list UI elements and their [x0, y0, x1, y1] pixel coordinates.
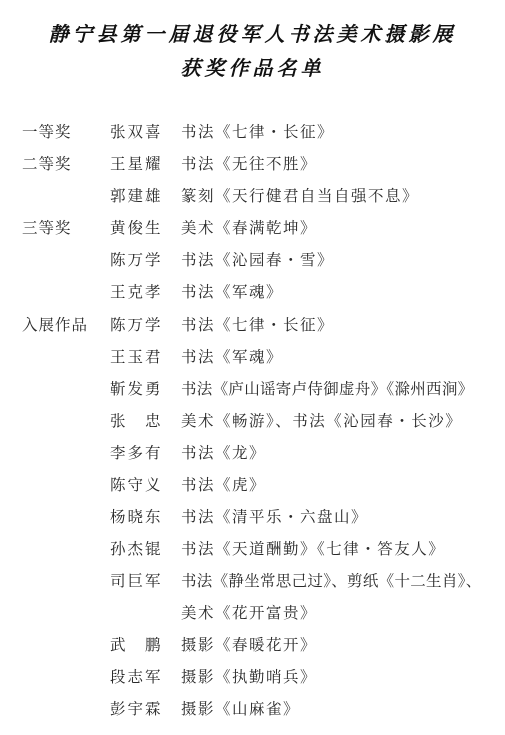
list-item: 司巨军 书法《静坐常思己过》、剪纸《十二生肖》、	[0, 565, 505, 597]
list-item: 二等奖 王星耀 书法《无往不胜》	[0, 148, 505, 180]
work-title: 书法《七律・长征》	[181, 116, 334, 148]
winner-name: 张双喜	[110, 116, 163, 148]
winner-name: 段志军	[110, 661, 163, 693]
work-title: 摄影《山麻雀》	[181, 693, 300, 725]
winner-name: 杨晓东	[110, 501, 163, 533]
list-item: 陈守义 书法《虎》	[0, 469, 505, 501]
winner-name: 陈万学	[110, 309, 163, 341]
list-item: 段志军 摄影《执勤哨兵》	[0, 661, 505, 693]
list-item: 彭宇霖 摄影《山麻雀》	[0, 693, 505, 725]
winner-name: 郭建雄	[110, 180, 163, 212]
work-title: 书法《沁园春・雪》	[181, 244, 334, 276]
list-item: 三等奖 黄俊生 美术《春满乾坤》	[0, 212, 505, 244]
list-item: 靳发勇 书法《庐山谣寄卢侍御虚舟》《滁州西涧》	[0, 373, 505, 405]
winner-name: 武 鹏	[110, 629, 163, 661]
winner-name: 黄俊生	[110, 212, 163, 244]
work-title: 美术《春满乾坤》	[181, 212, 317, 244]
winner-name: 张 忠	[110, 405, 163, 437]
award-category: 二等奖	[22, 148, 72, 180]
work-title: 书法《军魂》	[181, 341, 283, 373]
list-item: 武 鹏 摄影《春暖花开》	[0, 629, 505, 661]
document-title: 静宁县第一届退役军人书法美术摄影展	[0, 18, 505, 47]
work-title: 书法《七律・长征》	[181, 309, 334, 341]
list-item: 杨晓东 书法《清平乐・六盘山》	[0, 501, 505, 533]
document-subtitle: 获奖作品名单	[0, 52, 505, 81]
work-title: 书法《天道酬勤》《七律・答友人》	[181, 533, 445, 565]
winner-name: 陈万学	[110, 244, 163, 276]
list-item: 入展作品 陈万学 书法《七律・长征》	[0, 309, 505, 341]
winner-name: 王玉君	[110, 341, 163, 373]
list-item: 一等奖 张双喜 书法《七律・长征》	[0, 116, 505, 148]
winner-name: 陈守义	[110, 469, 163, 501]
list-item: 李多有 书法《龙》	[0, 437, 505, 469]
winner-name: 孙杰锟	[110, 533, 163, 565]
list-item: 张 忠 美术《畅游》、书法《沁园春・长沙》	[0, 405, 505, 437]
work-title: 书法《庐山谣寄卢侍御虚舟》《滁州西涧》	[181, 373, 473, 405]
list-item: 美术《花开富贵》	[0, 597, 505, 629]
list-item: 王玉君 书法《军魂》	[0, 341, 505, 373]
work-title: 书法《清平乐・六盘山》	[181, 501, 368, 533]
winner-name: 王星耀	[110, 148, 163, 180]
work-title: 书法《龙》	[181, 437, 266, 469]
winner-name: 王克孝	[110, 276, 163, 308]
work-title: 书法《无往不胜》	[181, 148, 317, 180]
award-category: 三等奖	[22, 212, 72, 244]
winner-name: 彭宇霖	[110, 693, 163, 725]
list-item: 陈万学 书法《沁园春・雪》	[0, 244, 505, 276]
list-item: 孙杰锟 书法《天道酬勤》《七律・答友人》	[0, 533, 505, 565]
work-title: 美术《花开富贵》	[181, 597, 317, 629]
list-item: 王克孝 书法《军魂》	[0, 276, 505, 308]
work-title: 摄影《执勤哨兵》	[181, 661, 317, 693]
award-category: 入展作品	[22, 309, 88, 341]
award-category: 一等奖	[22, 116, 72, 148]
winner-name: 李多有	[110, 437, 163, 469]
winner-name: 司巨军	[110, 565, 163, 597]
work-title: 书法《静坐常思己过》、剪纸《十二生肖》、	[181, 565, 482, 597]
work-title: 摄影《春暖花开》	[181, 629, 317, 661]
list-item: 郭建雄 篆刻《天行健君自当自强不息》	[0, 180, 505, 212]
work-title: 书法《军魂》	[181, 276, 283, 308]
work-title: 篆刻《天行健君自当自强不息》	[181, 180, 419, 212]
work-title: 书法《虎》	[181, 469, 266, 501]
winner-name: 靳发勇	[110, 373, 163, 405]
work-title: 美术《畅游》、书法《沁园春・长沙》	[181, 405, 462, 437]
